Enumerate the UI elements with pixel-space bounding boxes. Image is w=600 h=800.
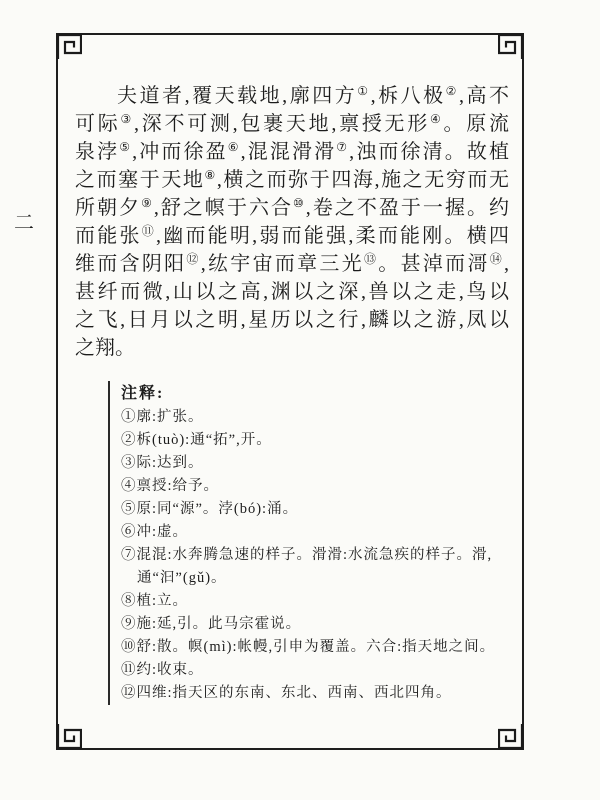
text-line: 可际③,深不可测,包裹天地,禀授无形④。原流 <box>75 110 509 138</box>
note-marker: ① <box>357 84 370 98</box>
annotation-item: ⑫四维:指天区的东南、东北、西南、西北四角。 <box>121 682 521 705</box>
note-marker: ⑥ <box>228 140 241 154</box>
greek-key-corner-bottom-right-icon <box>498 724 524 750</box>
annotation-item: ⑧植:立。 <box>121 590 521 613</box>
annotation-item: ⑥冲:虚。 <box>121 521 521 544</box>
greek-key-corner-top-left-icon <box>56 33 82 59</box>
main-text-paragraph: 夫道者,覆天载地,廓四方①,柝八极②,高不可际③,深不可测,包裹天地,禀授无形④… <box>75 82 509 362</box>
greek-key-corner-bottom-left-icon <box>56 724 82 750</box>
note-marker: ⑦ <box>336 140 349 154</box>
text-line: 之而塞于天地⑧,横之而弥于四海,施之无穷而无 <box>75 166 509 194</box>
annotation-item: ⑤原:同“源”。浡(bó):涌。 <box>121 498 521 521</box>
text-line: 维而含阴阳⑫,纮宇宙而章三光⑬。甚淖而滒⑭, <box>75 250 509 278</box>
note-marker: ⑧ <box>205 168 217 182</box>
annotation-item: ⑦混混:水奔腾急速的样子。滑滑:水流急疾的样子。滑,通“汩”(gǔ)。 <box>121 544 521 590</box>
annotations-section: 注释: ①廓:扩张。②柝(tuò):通“拓”,开。③际:达到。④禀授:给予。⑤原… <box>108 381 521 705</box>
text-line: 所朝夕⑨,舒之幎于六合⑩,卷之不盈于一握。约 <box>75 194 509 222</box>
note-marker: ③ <box>120 112 134 126</box>
annotation-item: ③际:达到。 <box>121 452 521 475</box>
annotations-heading: 注释: <box>121 381 521 406</box>
book-page: 二 夫道者,覆天载地,廓四方①,柝八极②,高不可际③,深不可测,包裹天地,禀授无… <box>0 0 600 800</box>
annotations-list: ①廓:扩张。②柝(tuò):通“拓”,开。③际:达到。④禀授:给予。⑤原:同“源… <box>121 406 521 705</box>
note-marker: ⑪ <box>142 224 156 238</box>
text-line: 甚纤而微,山以之高,渊以之深,兽以之走,鸟以 <box>75 278 509 306</box>
text-line: 而能张⑪,幽而能明,弱而能强,柔而能刚。横四 <box>75 222 509 250</box>
text-line: 之翔。 <box>75 334 509 362</box>
annotation-item: ⑨施:延,引。此马宗霍说。 <box>121 613 521 636</box>
margin-page-number: 二 <box>14 206 36 235</box>
note-marker: ⑤ <box>119 140 132 154</box>
annotation-item: ④禀授:给予。 <box>121 475 521 498</box>
text-line: 夫道者,覆天载地,廓四方①,柝八极②,高不 <box>75 82 509 110</box>
note-marker: ⑩ <box>293 196 306 210</box>
annotation-item: ②柝(tuò):通“拓”,开。 <box>121 429 521 452</box>
annotation-item: ⑪约:收束。 <box>121 659 521 682</box>
note-marker: ⑬ <box>364 252 378 266</box>
note-marker: ⑭ <box>490 252 504 266</box>
text-line: 泉浡⑤,冲而徐盈⑥,混混滑滑⑦,浊而徐清。故植 <box>75 138 509 166</box>
note-marker: ⑨ <box>141 196 154 210</box>
text-line: 之飞,日月以之明,星历以之行,麟以之游,凤以 <box>75 306 509 334</box>
greek-key-corner-top-right-icon <box>498 33 524 59</box>
annotation-item: ①廓:扩张。 <box>121 406 521 429</box>
note-marker: ② <box>446 84 459 98</box>
note-marker: ④ <box>430 112 444 126</box>
annotation-item: ⑩舒:散。幎(mì):帐幔,引申为覆盖。六合:指天地之间。 <box>121 636 521 659</box>
note-marker: ⑫ <box>186 252 200 266</box>
